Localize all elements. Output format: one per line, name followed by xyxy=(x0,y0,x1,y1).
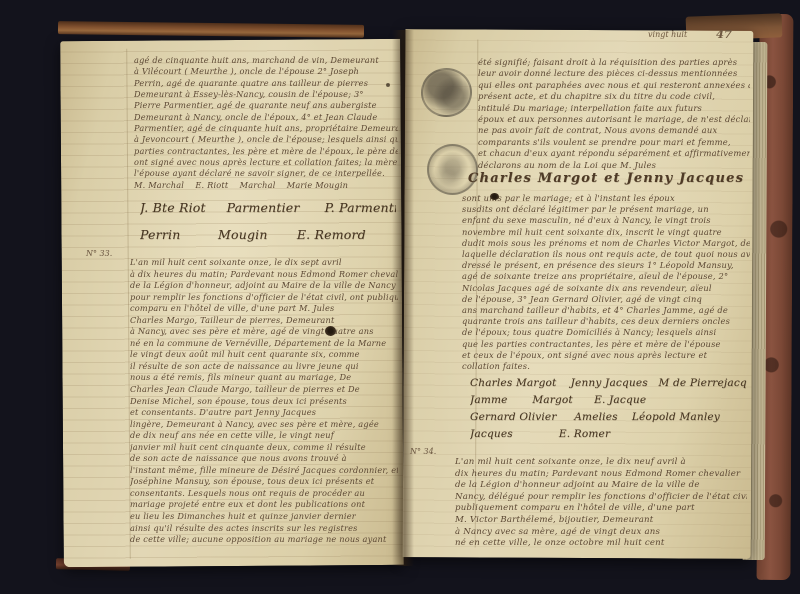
manuscript-line: et chacun d'eux ayant répondu séparément… xyxy=(478,148,750,159)
manuscript-line: leur avoir donné lecture des pièces ci-d… xyxy=(478,68,750,79)
manuscript-line: novembre mil huit cent soixante dix, ins… xyxy=(462,227,750,238)
round-ink-stamp-icon xyxy=(421,68,472,117)
right-act-continued-text: sont unis par le mariage; et à l'instant… xyxy=(462,193,750,374)
folio-word: vingt huit xyxy=(648,30,687,39)
signature-line: Perrin Mougin E. Remord xyxy=(140,221,396,248)
signature-line: Jamme Margot E. Jacque xyxy=(470,392,752,409)
right-act-text: été signifié; faisant droit à la réquisi… xyxy=(478,57,750,172)
signature-line: Jacques E. Romer xyxy=(470,426,752,443)
manuscript-line: comparants s'ils voulent se prendre pour… xyxy=(478,137,750,148)
manuscript-line: janvier mil huit cent cinquante deux, co… xyxy=(130,442,398,454)
manuscript-line: déclarons au nom de la Loi que M. Jules xyxy=(478,160,750,171)
manuscript-line: agé de cinquante huit ans, marchand de v… xyxy=(134,55,398,66)
manuscript-line: M. Marchal E. Riott Marchal Marie Mougin xyxy=(134,180,398,191)
manuscript-line: consentants. Lesquels nous ont requis de… xyxy=(130,488,398,500)
manuscript-line: nous a été remis, fils mineur quant au m… xyxy=(130,372,398,384)
right-next-act-text: L'an mil huit cent soixante onze, le dix… xyxy=(455,457,747,551)
round-ink-stamp-icon xyxy=(427,144,478,195)
manuscript-line: que les parties contractantes, les père … xyxy=(462,339,750,350)
manuscript-line: de la Légion d'honneur, adjoint au Maire… xyxy=(130,280,398,292)
manuscript-line: de l'épouse, 3° Jean Gernard Olivier, ag… xyxy=(462,294,750,305)
manuscript-line: le vingt deux août mil huit cent quarant… xyxy=(130,349,398,361)
manuscript-line: et ceux de l'époux, ont signé avec nous … xyxy=(462,350,750,361)
folio-number: 47 xyxy=(716,27,732,41)
manuscript-line: à Jevoncourt ( Meurthe ), oncle de l'épo… xyxy=(134,134,398,145)
left-act-text: L'an mil huit cent soixante onze, le dix… xyxy=(130,257,398,549)
manuscript-line: Demeurant à Nancy, oncle de l'époux, 4° … xyxy=(134,112,398,123)
ink-blot xyxy=(490,193,499,200)
manuscript-line: dressé le présent, en présence des sieur… xyxy=(462,260,750,271)
manuscript-line: de dix neuf ans née en cette ville, le v… xyxy=(130,430,398,442)
manuscript-line: de son acte de naissance que nous avons … xyxy=(130,453,398,465)
manuscript-line: dix heures du matin; Pardevant nous Edmo… xyxy=(455,469,747,481)
manuscript-line: dudit mois sous les prénoms et nom de Ch… xyxy=(462,238,750,249)
manuscript-line: à Nancy avec sa mère, agé de vingt deux … xyxy=(455,527,747,539)
manuscript-line: collation faites. xyxy=(462,361,750,372)
manuscript-line: parties contractantes, les père et mère … xyxy=(134,146,398,157)
book-cover-top-left xyxy=(58,21,364,38)
manuscript-line: de l'époux; tous quatre Domiciliés à Nan… xyxy=(462,327,750,338)
manuscript-line: à Vilécourt ( Meurthe ), oncle de l'épou… xyxy=(134,66,398,77)
manuscript-line: comparu en l'hôtel de ville, d'une part … xyxy=(130,303,398,315)
manuscript-line: né en cette ville, le onze octobre mil h… xyxy=(455,538,747,550)
right-signatures: Charles Margot Jenny Jacques M de Pierre… xyxy=(470,375,752,445)
manuscript-line: laquelle déclaration ils nous ont requis… xyxy=(462,249,750,260)
manuscript-line: époux et aux personnes autorisant le mar… xyxy=(478,114,750,125)
ink-blot xyxy=(325,326,336,336)
signature-line: J. Bte Riot Parmentier P. Parmentier xyxy=(140,194,396,221)
manuscript-line: L'an mil huit cent soixante onze, le dix… xyxy=(130,257,398,269)
manuscript-line: Charles Jean Claude Margo, tailleur de p… xyxy=(130,384,398,396)
manuscript-line: ans marchand tailleur d'habits, et 4° Ch… xyxy=(462,305,750,316)
ink-speck xyxy=(386,83,390,87)
manuscript-line: Joséphine Mansuy, son épouse, tous deux … xyxy=(130,476,398,488)
manuscript-line: publiquement comparu en l'hôtel de ville… xyxy=(455,503,747,515)
left-signatures: J. Bte Riot Parmentier P. ParmentierPerr… xyxy=(140,194,396,250)
manuscript-line: né en la commune de Vernéville, Départem… xyxy=(130,338,398,350)
manuscript-line: sont unis par le mariage; et à l'instant… xyxy=(462,193,750,204)
manuscript-line: ont signé avec nous après lecture et col… xyxy=(134,157,398,168)
manuscript-line: Nicolas Jacques agé de soixante dix ans … xyxy=(462,283,750,294)
manuscript-line: quarante trois ans tailleur d'habits, ce… xyxy=(462,316,750,327)
manuscript-line: été signifié; faisant droit à la réquisi… xyxy=(478,57,750,68)
manuscript-line: mariage projeté entre eux et dont les pu… xyxy=(130,499,398,511)
manuscript-line: à Nancy, avec ses père et mère, agé de v… xyxy=(130,326,398,338)
manuscript-line: l'instant même, fille mineure de Désiré … xyxy=(130,465,398,477)
manuscript-line: intitulé Du mariage; interpellation fait… xyxy=(478,103,750,114)
manuscript-line: de la Légion d'honneur adjoint au Maire … xyxy=(455,480,747,492)
manuscript-line: et consentants. D'autre part Jenny Jacqu… xyxy=(130,407,398,419)
manuscript-line: Parmentier, agé de cinquante huit ans, p… xyxy=(134,123,398,134)
manuscript-line: qui elles ont paraphées avec nous et qui… xyxy=(478,80,750,91)
right-margin-act-number: N° 34. xyxy=(410,447,436,456)
manuscript-line: l'épouse ayant déclaré ne savoir signer,… xyxy=(134,168,398,179)
manuscript-line: ainsi qu'il résulte des actes inscrits s… xyxy=(130,523,398,535)
manuscript-line: eu lieu les Dimanches huit et quinze jan… xyxy=(130,511,398,523)
manuscript-line: Pierre Parmentier, agé de quarante neuf … xyxy=(134,100,398,111)
manuscript-line: Nancy, délégué pour remplir les fonction… xyxy=(455,492,747,504)
left-margin-act-number: N° 33. xyxy=(86,249,112,258)
manuscript-line: de cette ville; aucune opposition au mar… xyxy=(130,534,398,546)
manuscript-line: il résulte de son acte de naissance au l… xyxy=(130,361,398,373)
manuscript-line: enfant du sexe masculin, né d'eux à Nanc… xyxy=(462,215,750,226)
manuscript-line: présent acte, et du chapitre six du titr… xyxy=(478,91,750,102)
manuscript-line: M. Victor Barthélemé, bijoutier, Demeura… xyxy=(455,515,747,527)
manuscript-line: lingère, Demeurant à Nancy, avec ses pèr… xyxy=(130,419,398,431)
signature-line: Charles Margot Jenny Jacques M de Pierre… xyxy=(470,375,752,392)
manuscript-line: ne pas avoir fait de contrat, Nous avons… xyxy=(478,125,750,136)
manuscript-line: Charles Margo, Tailleur de pierres, Deme… xyxy=(130,315,398,327)
manuscript-line: Denise Michel, son épouse, tous deux ici… xyxy=(130,396,398,408)
left-act-ending-text: agé de cinquante huit ans, marchand de v… xyxy=(134,55,398,193)
manuscript-line: L'an mil huit cent soixante onze, le dix… xyxy=(455,457,747,469)
manuscript-line: Demeurant à Essey-lès-Nancy, cousin de l… xyxy=(134,89,398,100)
manuscript-line: pour remplir les fonctions d'officier de… xyxy=(130,292,398,304)
signature-line: Gernard Olivier Amelies Léopold Manley xyxy=(470,409,752,426)
marriage-couple-headline: Charles Margot et Jenny Jacques xyxy=(468,171,756,186)
manuscript-line: agé de soixante treize ans propriétaire,… xyxy=(462,271,750,282)
manuscript-line: Perrin, agé de quarante quatre ans taill… xyxy=(134,78,398,89)
manuscript-line: susdits ont déclaré légitimer par le pré… xyxy=(462,204,750,215)
manuscript-line: à dix heures du matin; Pardevant nous Ed… xyxy=(130,269,398,281)
